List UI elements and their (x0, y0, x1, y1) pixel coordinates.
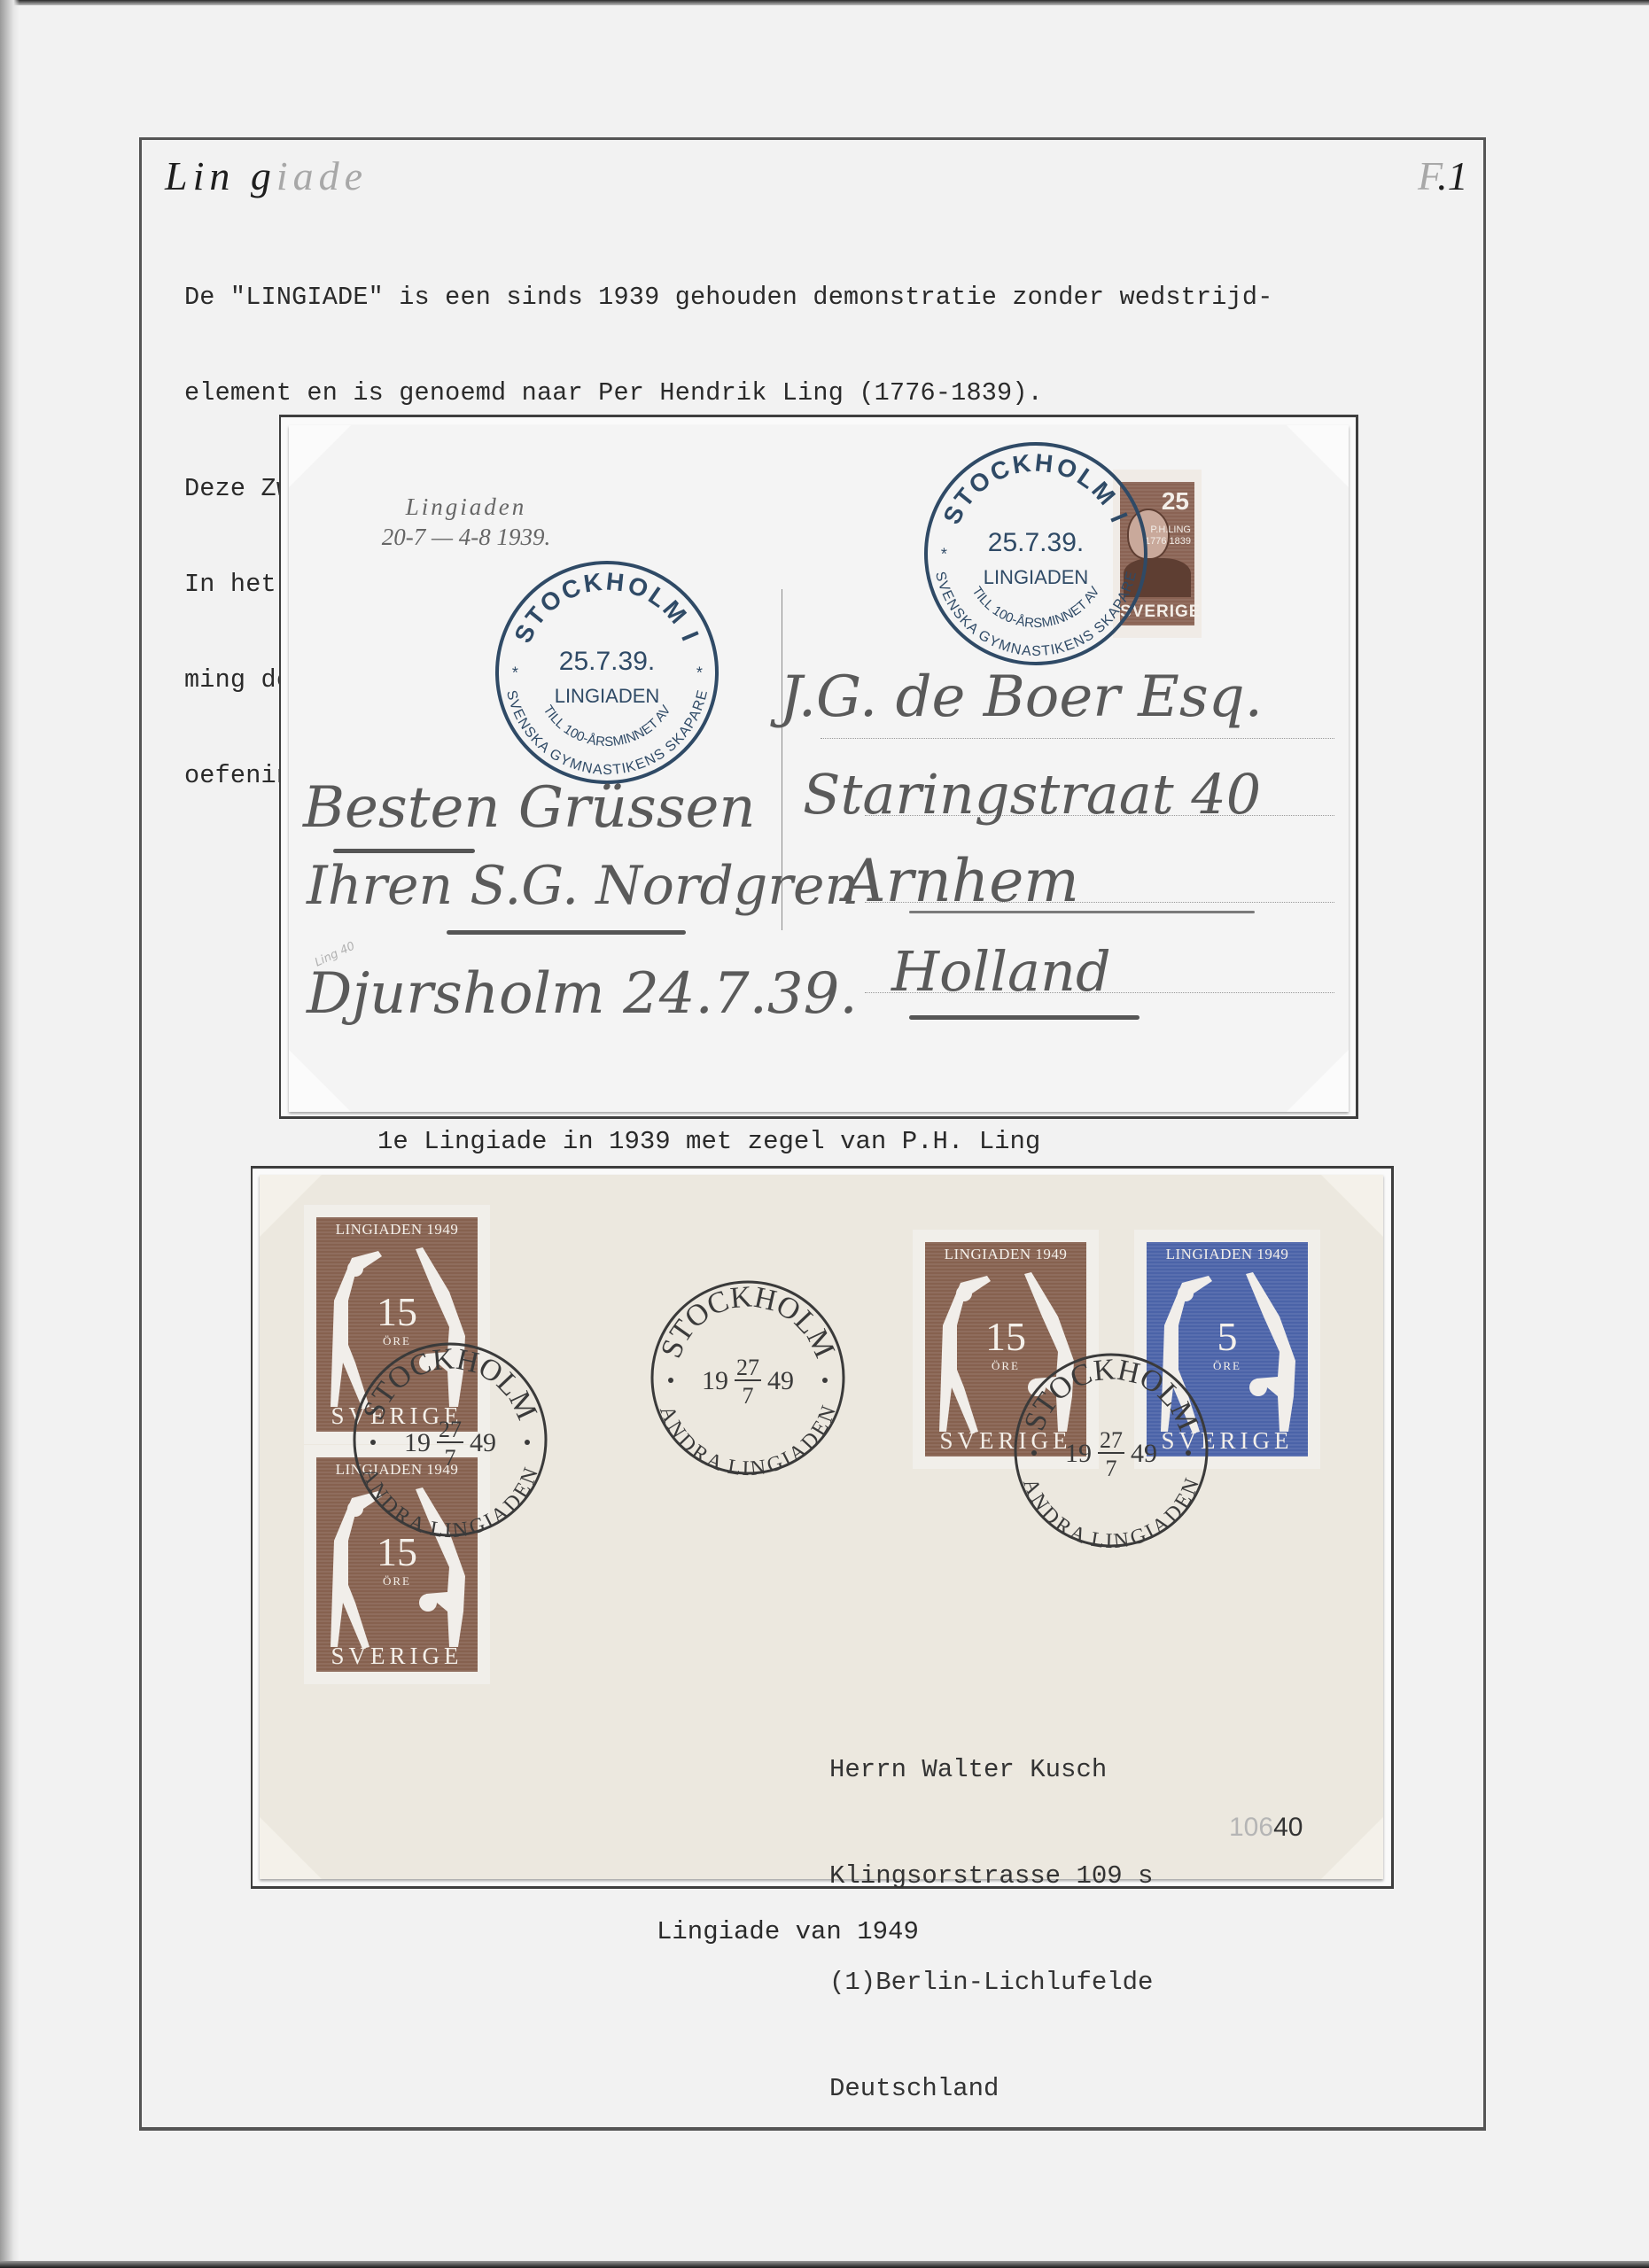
handwritten-city: Arnhem (844, 847, 1079, 915)
page-number: F.1 (1418, 152, 1468, 199)
stamp-value: 25 (1162, 487, 1189, 516)
svg-text:7: 7 (1106, 1456, 1117, 1481)
svg-text:27: 27 (736, 1355, 759, 1380)
svg-text:27: 27 (1100, 1427, 1123, 1453)
svg-text:LINGIADEN: LINGIADEN (555, 685, 660, 707)
envelope-address: Herrn Walter Kusch Klingsorstrasse 109 s… (829, 1682, 1153, 2142)
svg-text:7: 7 (445, 1445, 456, 1471)
postmark-1949-left: STOCKHOLM1927749ANDRA LINGIADEN (348, 1338, 552, 1542)
address-line-guide (821, 738, 1334, 739)
postcard-heading-dates: 20-7 — 4-8 1939. (342, 522, 590, 552)
caption-envelope: Lingiade van 1949 (657, 1917, 919, 1946)
handwritten-place-date: Djursholm 24.7.39. (307, 961, 858, 1027)
address-line: Klingsorstrasse 109 s (829, 1859, 1153, 1894)
postmark-1939-right: STOCKHOLM I 25.7.39. LINGIADEN TILL 100-… (920, 438, 1152, 670)
handwriting-underline (909, 1015, 1140, 1020)
stamp-top-text: LINGIADEN 1949 (1147, 1246, 1308, 1263)
postmark-1949-right: STOCKHOLM1927749ANDRA LINGIADEN (1009, 1348, 1213, 1552)
svg-text:19: 19 (404, 1428, 431, 1457)
page-edge-bottom (0, 2261, 1649, 2268)
envelope-1949: LINGIADEN 194915ÖRESVERIGE LINGIADEN 194… (260, 1175, 1383, 1879)
postmark-1939-left: STOCKHOLM I 25.7.39. LINGIADEN TILL 100-… (491, 556, 723, 788)
handwriting-underline (909, 911, 1255, 913)
postcard-1939: Lingiaden 20-7 — 4-8 1939. STOCKHOLM I 2… (289, 425, 1349, 1112)
svg-text:STOCKHOLM I: STOCKHOLM I (509, 567, 705, 647)
mount-corner (260, 1817, 322, 1879)
envelope-reference-number: 10640 (1229, 1813, 1303, 1843)
page-edge-top (0, 0, 1649, 5)
postmark-circle-icon: STOCKHOLM1927749ANDRA LINGIADEN (646, 1276, 850, 1480)
postmark-1949-center: STOCKHOLM1927749ANDRA LINGIADEN (646, 1276, 850, 1480)
postmark-circle-icon: STOCKHOLM1927749ANDRA LINGIADEN (1009, 1348, 1213, 1552)
ref-number-faded: 106 (1229, 1813, 1273, 1842)
mount-corner (1321, 1817, 1383, 1879)
mount-corner (289, 425, 351, 487)
svg-text:27: 27 (439, 1417, 462, 1442)
address-line: Deutschland (829, 2071, 1153, 2107)
address-line: (1)Berlin-Lichlufelde (829, 1965, 1153, 2000)
postmark-circle-icon: STOCKHOLM I 25.7.39. LINGIADEN TILL 100-… (920, 438, 1152, 670)
mount-corner (1287, 425, 1349, 487)
address-line: Herrn Walter Kusch (829, 1752, 1153, 1788)
page-title-visible: Lin g (165, 153, 276, 198)
postcard-printed-heading: Lingiaden 20-7 — 4-8 1939. (342, 492, 590, 552)
svg-text:STOCKHOLM: STOCKHOLM (655, 1280, 841, 1363)
stamp-value: 15 (316, 1288, 478, 1335)
stamp-top-text: LINGIADEN 1949 (316, 1221, 478, 1239)
svg-text:TILL 100-ÅRSMINNET AV: TILL 100-ÅRSMINNET AV (969, 584, 1103, 631)
svg-text:ANDRA LINGIADEN: ANDRA LINGIADEN (655, 1402, 841, 1480)
svg-text:7: 7 (743, 1383, 754, 1409)
page-number-value: .1 (1437, 153, 1468, 198)
handwritten-greeting: Besten Grüssen (303, 775, 756, 841)
svg-text:19: 19 (702, 1366, 728, 1395)
svg-text:*: * (695, 666, 704, 684)
page-title: Lin giade (165, 152, 368, 199)
page-number-faded: F (1418, 153, 1437, 198)
svg-text:49: 49 (470, 1428, 496, 1457)
mount-corner (1287, 1050, 1349, 1112)
svg-text:ANDRA LINGIADEN: ANDRA LINGIADEN (1018, 1475, 1204, 1552)
handwriting-underline (333, 849, 475, 853)
caption-postcard: 1e Lingiade in 1939 met zegel van P.H. L… (377, 1127, 1040, 1156)
intro-line: De "LINGIADE" is een sinds 1939 gehouden… (184, 282, 1460, 314)
svg-text:19: 19 (1065, 1439, 1092, 1468)
handwritten-signature: Ihren S.G. Nordgren (307, 855, 859, 917)
stamp-top-text: LINGIADEN 1949 (925, 1246, 1086, 1263)
svg-text:*: * (939, 548, 949, 565)
svg-text:LINGIADEN: LINGIADEN (984, 566, 1089, 588)
handwritten-addressee: J.G. de Boer Esq. (780, 664, 1263, 730)
svg-text:STOCKHOLM: STOCKHOLM (357, 1342, 543, 1425)
ref-number-dark: 40 (1273, 1813, 1303, 1842)
svg-text:TILL 100-ÅRSMINNET AV: TILL 100-ÅRSMINNET AV (541, 703, 674, 750)
postmark-circle-icon: STOCKHOLM I 25.7.39. LINGIADEN TILL 100-… (491, 556, 723, 788)
handwritten-country: Holland (891, 939, 1111, 1004)
svg-text:49: 49 (767, 1366, 794, 1395)
intro-line: element en is genoemd naar Per Hendrik L… (184, 377, 1460, 409)
svg-text:25.7.39.: 25.7.39. (559, 647, 655, 676)
postcard-heading-title: Lingiaden (342, 492, 590, 522)
page-title-faded: iade (276, 153, 368, 198)
svg-text:STOCKHOLM I: STOCKHOLM I (937, 448, 1134, 528)
svg-text:STOCKHOLM: STOCKHOLM (1018, 1353, 1204, 1435)
svg-text:25.7.39.: 25.7.39. (988, 528, 1084, 557)
svg-text:49: 49 (1131, 1439, 1157, 1468)
svg-text:ANDRA LINGIADEN: ANDRA LINGIADEN (357, 1464, 543, 1542)
stamp-country: SVERIGE (316, 1643, 478, 1670)
postmark-circle-icon: STOCKHOLM1927749ANDRA LINGIADEN (348, 1338, 552, 1542)
mount-corner (1321, 1175, 1383, 1237)
handwriting-underline (447, 930, 686, 935)
stamp-unit: ÖRE (316, 1574, 478, 1588)
mount-corner (289, 1050, 351, 1112)
handwritten-street: Staringstraat 40 (803, 762, 1261, 827)
svg-text:*: * (510, 666, 520, 684)
page-edge-left (0, 0, 19, 2268)
